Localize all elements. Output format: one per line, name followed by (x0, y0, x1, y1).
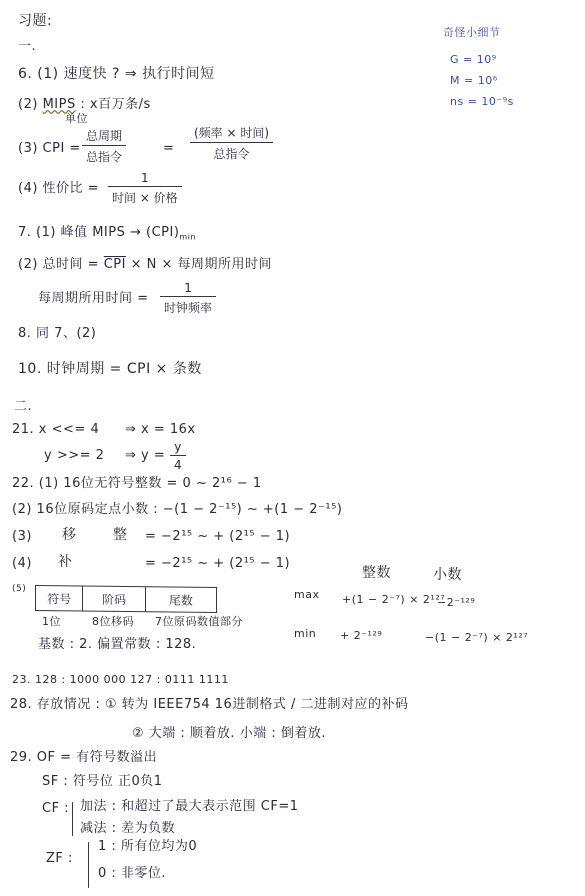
q22-part4-label: (4) (12, 557, 32, 571)
q7-part2: (2) 总时间 = CPI × N × 每周期所用时间 (18, 258, 272, 272)
range-row-label: max (294, 589, 319, 601)
q7-part1-text: 7. (1) 峰值 MIPS → (CPI) (18, 225, 179, 240)
q6-cpi-fraction-1: 总周期 总指令 (82, 127, 126, 165)
fraction-numerator: 1 (180, 281, 196, 296)
q22-part1: 22. (1) 16位无符号整数 = 0 ~ 2¹⁶ − 1 (12, 477, 262, 491)
q22-part3-label: (3) (12, 530, 32, 544)
q29-cf-add: 加法 : 和超过了最大表示范围 CF=1 (80, 800, 299, 814)
fraction-numerator: (频率 × 时间) (190, 124, 273, 142)
q22-base-note: 基数 : 2. 偏置常数 : 128. (38, 638, 196, 652)
format-bits-mantissa: 7位原码数值部分 (155, 616, 243, 628)
range-header-integer: 整数 (362, 566, 391, 581)
fraction-numerator: 总周期 (82, 127, 126, 145)
fraction-denominator: 总指令 (210, 143, 254, 162)
brace (72, 802, 73, 836)
q10: 10. 时钟周期 = CPI × 条数 (18, 362, 202, 377)
q29-sf: SF : 符号位 正0负1 (42, 775, 163, 789)
q29-zf-label: ZF : (46, 852, 73, 866)
section-heading-1: 一. (18, 40, 36, 54)
q6-part2-rest: : x百万条/s (80, 97, 150, 112)
q22-part3-biased: 移 (62, 528, 77, 543)
q28-line1: 28. 存放情况 : ① 转为 IEEE754 16进制格式 / 二进制对应的补… (10, 698, 408, 712)
fraction-denominator: 总指令 (82, 146, 126, 165)
q7-cpi-avg: CPI (104, 257, 126, 272)
q22-part4-twos-complement: 补 (58, 555, 73, 570)
q6-part3-prefix: (3) CPI = (18, 142, 81, 156)
q7-part2-prefix: (2) 总时间 = (18, 257, 99, 272)
side-note-line: M = 10⁶ (450, 75, 498, 87)
q29-zf-0: 0 : 非零位. (98, 867, 166, 881)
format-field-exponent: 阶码 (83, 587, 145, 612)
range-min-fraction: −(1 − 2⁻⁷) × 2¹²⁷ (425, 632, 528, 644)
q21-line1-right: ⇒ x = 16x (125, 423, 196, 437)
section-heading-2: 二. (14, 400, 32, 414)
float-format-diagram: 符号 阶码 尾数 (35, 585, 217, 613)
q6-price-perf-fraction: 1 时间 × 价格 (108, 171, 182, 206)
q7-part1-sub: min (179, 233, 196, 242)
format-field-mantissa: 尾数 (146, 587, 216, 612)
side-note-title: 奇怪小细节 (443, 27, 501, 39)
brace (88, 842, 89, 888)
q22-part4-value: = −2¹⁵ ~ + (2¹⁵ − 1) (145, 557, 290, 571)
q22-part3-integer: 整 (113, 528, 128, 543)
q6-part4-prefix: (4) 性价比 = (18, 182, 99, 196)
q6-cpi-fraction-2: (频率 × 时间) 总指令 (190, 124, 273, 162)
side-note-line: ns = 10⁻⁹s (450, 96, 514, 108)
format-bits-exponent: 8位移码 (92, 616, 134, 628)
q23: 23. 128 : 1000 000 127 : 0111 1111 (12, 674, 229, 686)
range-max-fraction: −2⁻¹²⁹ (437, 597, 475, 609)
format-field-sign: 符号 (36, 586, 83, 610)
q21-fraction: y 4 (170, 440, 186, 472)
side-note-line: G = 10⁹ (450, 54, 497, 66)
q22-part3-value: = −2¹⁵ ~ + (2¹⁵ − 1) (145, 530, 290, 544)
fraction-denominator: 时钟频率 (160, 297, 216, 316)
q29-of: 29. OF = 有符号数溢出 (10, 751, 157, 765)
q22-part2: (2) 16位原码定点小数 : −(1 − 2⁻¹⁵) ~ +(1 − 2⁻¹⁵… (12, 503, 342, 517)
format-bits-sign: 1位 (42, 616, 61, 628)
q21-line2-left: y >>= 2 (44, 449, 104, 463)
range-min-integer: + 2⁻¹²⁹ (340, 630, 382, 642)
range-max-integer: +(1 − 2⁻⁷) × 2¹²⁷ (342, 594, 445, 606)
q28-line2: ② 大端 : 顺着放. 小端 : 倒着放. (132, 727, 326, 741)
q7-part3-prefix: 每周期所用时间 = (38, 292, 149, 306)
q21-line2-right: ⇒ y = (125, 449, 165, 463)
page-title: 习题: (18, 14, 52, 29)
q6-part2-prefix: (2) (18, 97, 38, 112)
q8: 8. 同 7、(2) (18, 327, 96, 341)
q29-cf-label: CF : (42, 802, 69, 816)
q7-part2-rest: × N × 每周期所用时间 (131, 257, 272, 272)
q6-part2: (2) MIPS : x百万条/s (18, 98, 151, 112)
q6-part1: 6. (1) 速度快 ? ⇒ 执行时间短 (18, 67, 215, 82)
q6-part3-equals: = (163, 142, 174, 156)
q29-zf-1: 1 : 所有位均为0 (98, 840, 197, 854)
fraction-denominator: 4 (170, 456, 186, 472)
q7-part1: 7. (1) 峰值 MIPS → (CPI)min (18, 226, 196, 242)
fraction-numerator: 1 (137, 171, 153, 186)
range-header-fraction: 小数 (433, 568, 462, 583)
q21-line1-left: 21. x <<= 4 (12, 423, 99, 437)
fraction-denominator: 时间 × 价格 (108, 187, 182, 206)
q7-cycle-time-fraction: 1 时钟频率 (160, 281, 216, 316)
q6-unit-note: 单位 (65, 113, 88, 125)
q22-part5-label: (5) (12, 585, 26, 595)
fraction-numerator: y (170, 440, 185, 455)
q6-mips-term: MIPS (43, 97, 76, 112)
q29-cf-sub: 减法 : 差为负数 (80, 822, 175, 836)
range-row-label: min (294, 628, 316, 640)
